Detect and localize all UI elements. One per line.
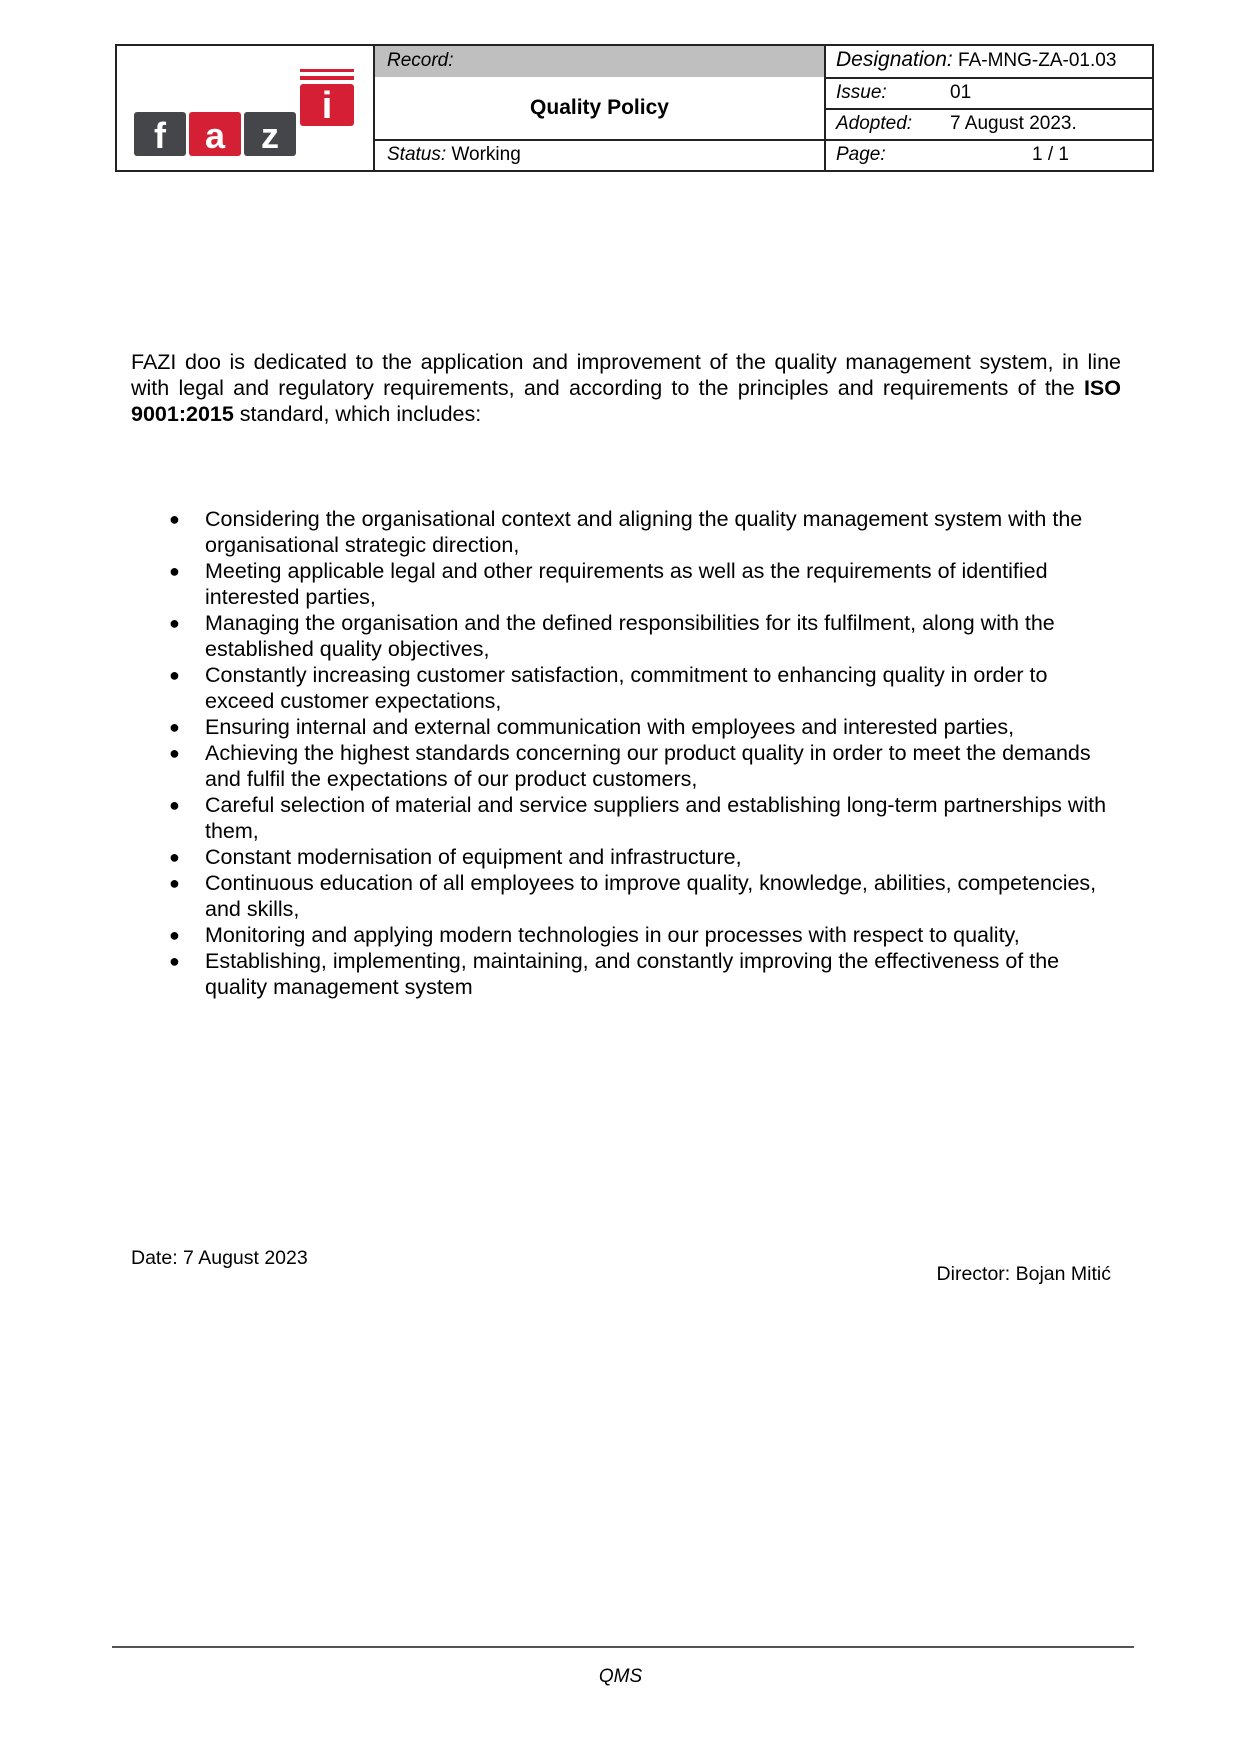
bullet-icon: ● <box>169 844 180 870</box>
issue-value: 01 <box>950 82 971 103</box>
page-cell: Page:1 / 1 <box>826 141 1152 170</box>
list-item: ●Constantly increasing customer satisfac… <box>131 662 1121 714</box>
list-item: ●Considering the organisational context … <box>131 506 1121 558</box>
svg-text:f: f <box>154 115 167 156</box>
director-signature: Director: Bojan Mitić <box>937 1263 1111 1286</box>
bullet-icon: ● <box>169 922 180 948</box>
adopted-cell: Adopted:7 August 2023. <box>826 110 1152 139</box>
fazi-logo-icon: f a z i <box>131 66 357 156</box>
list-item: ●Constant modernisation of equipment and… <box>131 844 1121 870</box>
policy-list: ●Considering the organisational context … <box>131 506 1121 1000</box>
svg-text:z: z <box>261 115 279 156</box>
intro-text: FAZI doo is dedicated to the application… <box>131 350 1121 400</box>
list-item: ●Establishing, implementing, maintaining… <box>131 948 1121 1000</box>
page-label: Page: <box>836 144 1032 166</box>
bullet-icon: ● <box>169 662 180 688</box>
designation-value: FA-MNG-ZA-01.03 <box>958 50 1116 71</box>
status-value: Working <box>451 144 520 165</box>
document-header-table: f a z i Record: Quality Policy Status: W… <box>115 44 1154 172</box>
status-cell: Status: Working <box>375 141 824 170</box>
footer-label: QMS <box>0 1666 1241 1688</box>
list-item: ●Meeting applicable legal and other requ… <box>131 558 1121 610</box>
record-label: Record: <box>387 50 454 71</box>
intro-paragraph: FAZI doo is dedicated to the application… <box>131 349 1121 427</box>
designation-cell: Designation: FA-MNG-ZA-01.03 <box>826 46 1152 77</box>
list-item: ●Managing the organisation and the defin… <box>131 610 1121 662</box>
designation-label: Designation: <box>836 48 953 71</box>
bullet-icon: ● <box>169 870 180 896</box>
record-cell: Record: <box>375 46 824 77</box>
adopted-label: Adopted: <box>836 113 950 135</box>
svg-text:a: a <box>205 115 226 156</box>
page-value: 1 / 1 <box>1032 144 1069 165</box>
bullet-icon: ● <box>169 506 180 532</box>
document-title: Quality Policy <box>375 77 824 139</box>
issue-label: Issue: <box>836 82 950 104</box>
adopted-value: 7 August 2023. <box>950 113 1077 134</box>
bullet-icon: ● <box>169 792 180 818</box>
list-item: ●Monitoring and applying modern technolo… <box>131 922 1121 948</box>
list-item: ●Careful selection of material and servi… <box>131 792 1121 844</box>
status-label: Status: <box>387 144 446 165</box>
footer-divider <box>112 1646 1134 1648</box>
bullet-icon: ● <box>169 714 180 740</box>
intro-text-end: standard, which includes: <box>234 402 481 426</box>
list-item: ●Continuous education of all employees t… <box>131 870 1121 922</box>
bullet-icon: ● <box>169 948 180 974</box>
bullet-icon: ● <box>169 610 180 636</box>
bullet-icon: ● <box>169 558 180 584</box>
list-item: ●Ensuring internal and external communic… <box>131 714 1121 740</box>
bullet-icon: ● <box>169 740 180 766</box>
list-item: ●Achieving the highest standards concern… <box>131 740 1121 792</box>
issue-cell: Issue:01 <box>826 79 1152 108</box>
svg-text:i: i <box>322 85 333 127</box>
date-line: Date: 7 August 2023 <box>131 1247 308 1270</box>
